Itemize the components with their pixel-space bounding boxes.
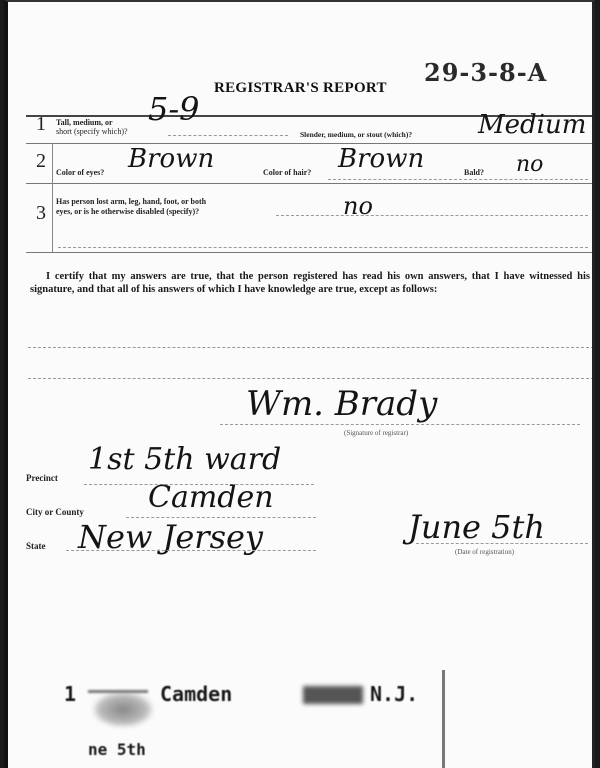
stamp-smudge bbox=[303, 686, 363, 704]
document-title: REGISTRAR'S REPORT bbox=[214, 80, 387, 97]
question-number: 3 bbox=[36, 202, 46, 225]
divider bbox=[26, 143, 592, 144]
registration-card: 29-3-8-A REGISTRAR'S REPORT 1 Tall, medi… bbox=[4, 0, 595, 768]
answer-line bbox=[58, 247, 588, 248]
bald-label: Bald? bbox=[464, 168, 484, 177]
answer-line bbox=[276, 215, 588, 216]
exceptions-line bbox=[28, 347, 594, 348]
signature-caption: (Signature of registrar) bbox=[344, 429, 408, 437]
question-number: 2 bbox=[36, 150, 46, 173]
stamp-smudge bbox=[93, 692, 153, 727]
stamp-prefix: 1 bbox=[64, 682, 76, 706]
eye-color-label: Color of eyes? bbox=[56, 168, 104, 177]
answer-line bbox=[168, 135, 288, 136]
city-label: City or County bbox=[26, 508, 84, 517]
answer-line bbox=[328, 179, 588, 180]
stamp-edge bbox=[442, 670, 445, 768]
precinct-label: Precinct bbox=[26, 474, 58, 483]
state-line bbox=[66, 550, 316, 551]
build-label: Slender, medium, or stout (which)? bbox=[300, 130, 412, 139]
registration-date: June 5th bbox=[408, 508, 545, 546]
city-value: Camden bbox=[148, 480, 274, 515]
disability-label: eyes, or is he otherwise disabled (speci… bbox=[56, 207, 199, 216]
question-label: Tall, medium, or bbox=[56, 118, 113, 127]
question-label: short (specify which)? bbox=[56, 127, 128, 136]
date-line bbox=[416, 543, 588, 544]
exceptions-line bbox=[28, 378, 594, 379]
registrar-signature: Wm. Brady bbox=[246, 384, 437, 424]
state-label: State bbox=[26, 542, 46, 551]
stamp-date: ne 5th bbox=[88, 740, 146, 759]
stamp-smudge-line bbox=[88, 690, 148, 693]
signature-line bbox=[220, 424, 580, 425]
height-answer: 5-9 bbox=[148, 90, 200, 128]
table-border bbox=[52, 143, 53, 252]
certification-text: I certify that my answers are true, that… bbox=[30, 270, 590, 296]
question-number: 1 bbox=[36, 113, 46, 136]
precinct-value: 1st 5th ward bbox=[88, 442, 281, 477]
build-answer: Medium bbox=[478, 110, 586, 140]
hair-color-answer: Brown bbox=[338, 144, 424, 174]
eye-color-answer: Brown bbox=[128, 144, 214, 174]
divider bbox=[26, 252, 592, 253]
date-caption: (Date of registration) bbox=[455, 548, 514, 556]
disability-label: Has person lost arm, leg, hand, foot, or… bbox=[56, 197, 206, 206]
divider bbox=[26, 183, 592, 184]
hair-color-label: Color of hair? bbox=[263, 168, 311, 177]
bald-answer: no bbox=[516, 152, 543, 177]
stamp-city: Camden bbox=[160, 682, 232, 706]
serial-number: 29-3-8-A bbox=[424, 58, 547, 87]
stamp-state: N.J. bbox=[370, 682, 418, 706]
